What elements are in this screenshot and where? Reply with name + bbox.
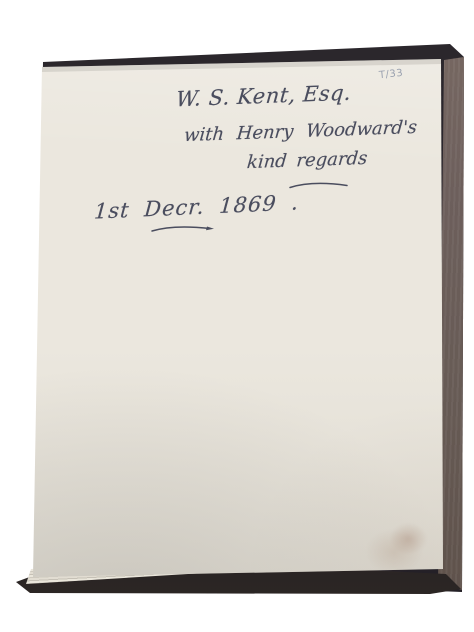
flourish-underline-date [150,223,216,234]
foxing-stain [360,512,438,576]
photo-background: T/33 W. S. Kent, Esq. with Henry Woodwar… [0,0,474,632]
inscription-regards: kind regards [246,148,368,173]
